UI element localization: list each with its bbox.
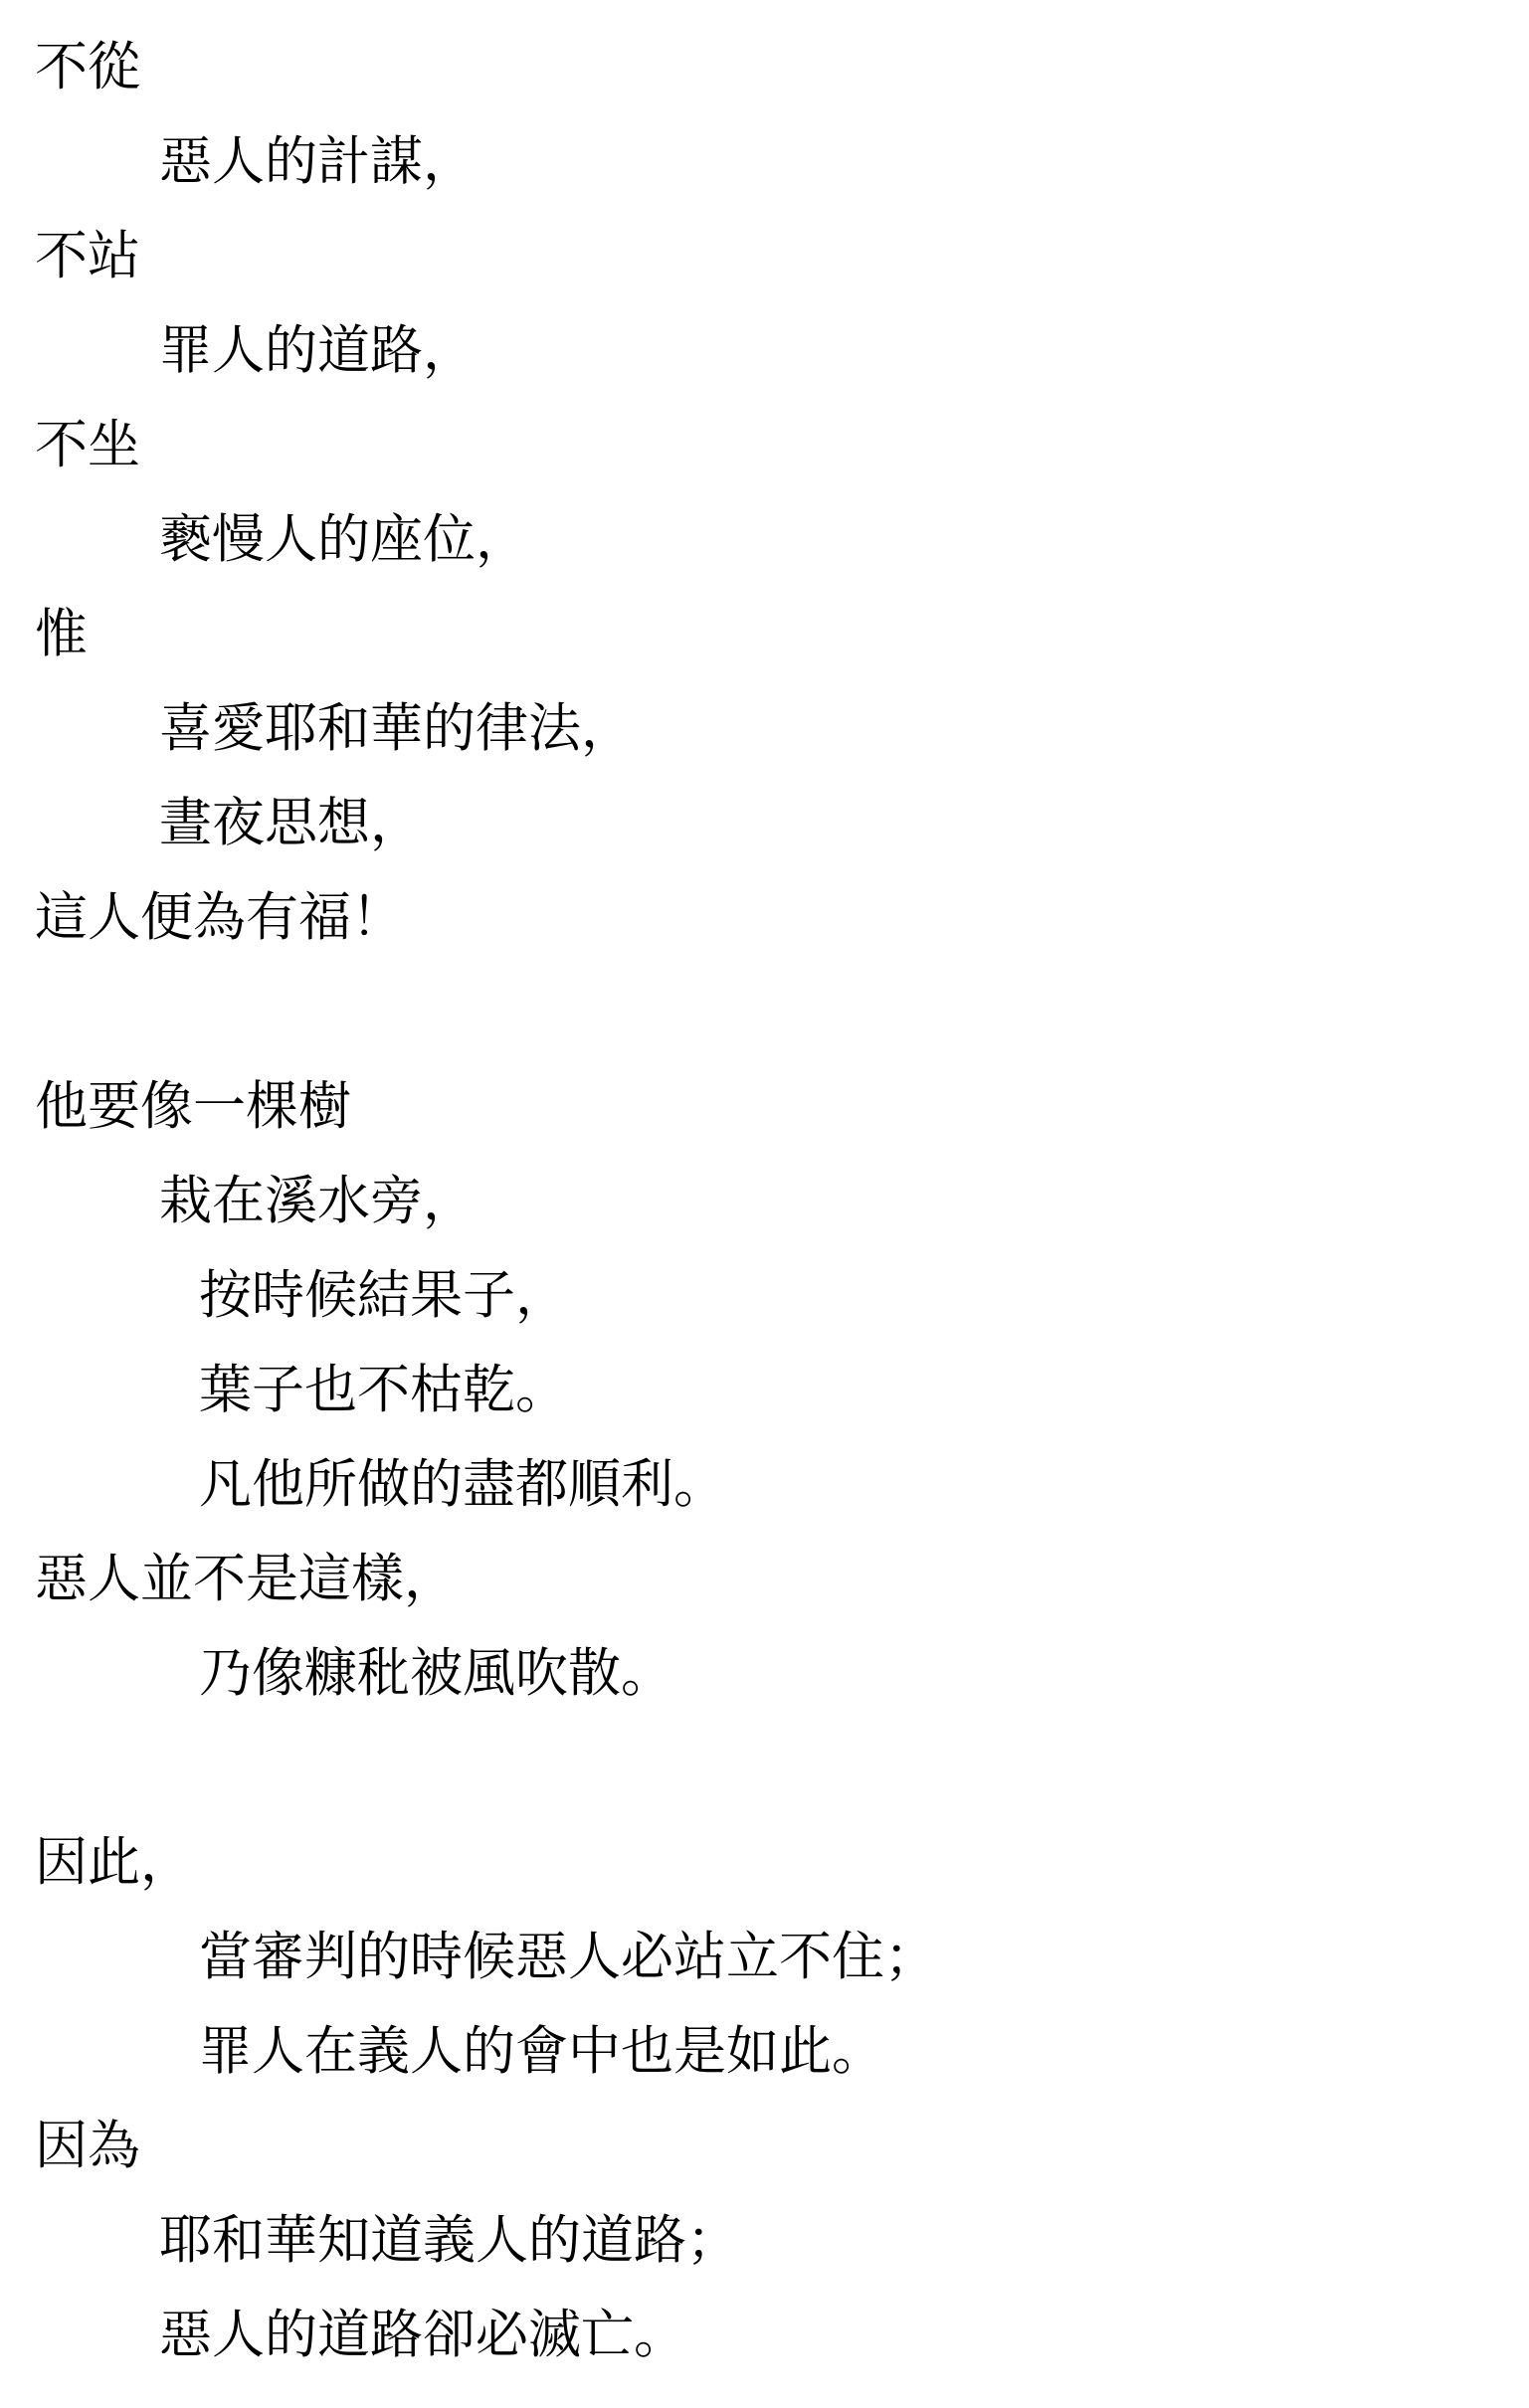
poetry-line-21: 因為 [35,2099,1529,2193]
poetry-line-19: 當審判的時候惡人必站立不住； [199,1910,1529,2004]
poetry-line-4: 罪人的道路， [159,303,1529,398]
poetry-line-16: 惡人並不是這樣， [35,1532,1529,1626]
poetry-line-6: 褻慢人的座位， [159,492,1529,587]
poetry-line-1: 不從 [35,20,1529,114]
poetry-line-20: 罪人在義人的會中也是如此。 [199,2004,1529,2099]
poetry-line-14: 葉子也不枯乾。 [199,1343,1529,1437]
poetry-line-5: 不坐 [35,398,1529,492]
poetry-line-18: 因此， [35,1815,1529,1910]
document-page: 不從 惡人的計謀， 不站 罪人的道路， 不坐 褻慢人的座位， 惟 喜愛耶和華的律… [0,0,1529,2408]
poetry-line-12: 栽在溪水旁， [159,1154,1529,1248]
poetry-line-15: 凡他所做的盡都順利。 [199,1437,1529,1532]
poetry-line-23: 惡人的道路卻必滅亡。 [159,2288,1529,2382]
poetry-line-22: 耶和華知道義人的道路； [159,2193,1529,2288]
poetry-line-13: 按時候結果子， [199,1248,1529,1343]
poetry-line-17: 乃像糠秕被風吹散。 [199,1626,1529,1721]
poetry-line-11: 他要像一棵樹 [35,1059,1529,1154]
poetry-line-8: 喜愛耶和華的律法， [159,681,1529,776]
poetry-line-10: 這人便為有福！ [35,870,1529,965]
stanza-break-1 [0,965,1529,1059]
poetry-line-7: 惟 [35,587,1529,681]
poetry-line-2: 惡人的計謀， [159,114,1529,209]
poetry-line-9: 晝夜思想， [159,776,1529,870]
poetry-line-3: 不站 [35,209,1529,303]
stanza-break-2 [0,1721,1529,1815]
